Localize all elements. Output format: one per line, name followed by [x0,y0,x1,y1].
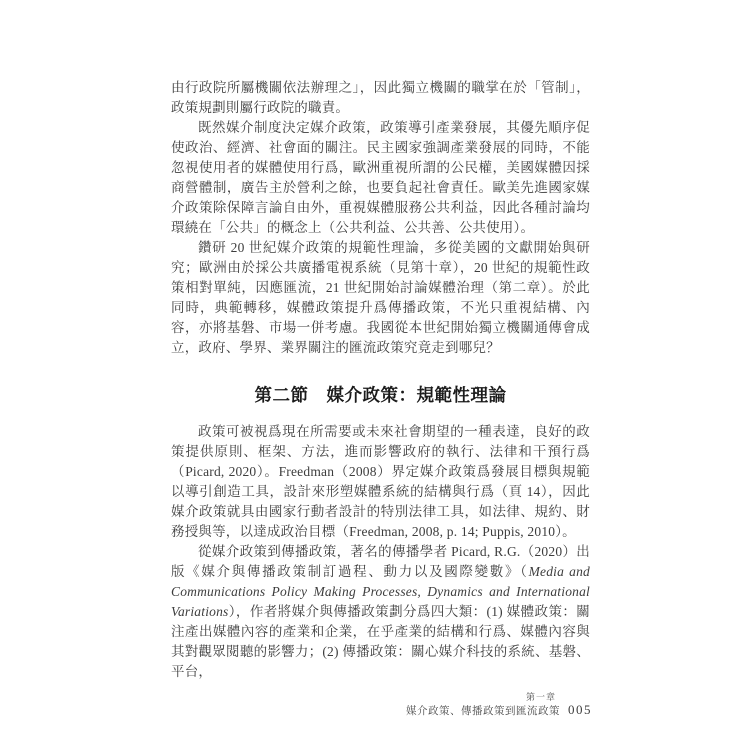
chapter-label: 第一章 [406,692,592,703]
page-number: 005 [568,702,592,717]
chapter-title: 媒介政策、傳播政策到匯流政策 [406,706,560,717]
paragraph-segment: 政策可被視爲現在所需要或未來社會期望的一種表達，良好的政策提供原則、框架、方法，… [171,424,590,539]
paragraph-policy-definition: 政策可被視爲現在所需要或未來社會期望的一種表達，良好的政策提供原則、框架、方法，… [171,422,590,542]
paragraph-segment: 從媒介政策到傳播政策，著名的傳播學者 Picard, R.G.（2020）出版《… [171,544,590,579]
paragraph-media-system-policy: 既然媒介制度決定媒介政策，政策導引產業發展，其優先順序促使政治、經濟、社會面的關… [171,118,590,238]
paragraph-picard-book: 從媒介政策到傳播政策，著名的傳播學者 Picard, R.G.（2020）出版《… [171,542,590,682]
paragraph-20th-century-normative-theory: 鑽研 20 世紀媒介政策的規範性理論，多從美國的文獻開始與研究；歐洲由於採公共廣… [171,238,590,358]
section-heading: 第二節 媒介政策：規範性理論 [171,382,590,408]
page-footer: 第一章 媒介政策、傳播政策到匯流政策005 [406,692,592,718]
text-column: 由行政院所屬機關依法辦理之」，因此獨立機關的職掌在於「管制」，政策規劃則屬行政院… [171,78,590,682]
running-title-row: 媒介政策、傳播政策到匯流政策005 [406,703,592,718]
paragraph-segment: ），作者將媒介與傳播政策劃分爲四大類：(1) 媒體政策：關注產出媒體內容的產業和… [171,604,590,679]
book-page: 由行政院所屬機關依法辦理之」，因此獨立機關的職掌在於「管制」，政策規劃則屬行政院… [0,0,750,750]
paragraph-continued-from-previous-page: 由行政院所屬機關依法辦理之」，因此獨立機關的職掌在於「管制」，政策規劃則屬行政院… [171,78,590,118]
